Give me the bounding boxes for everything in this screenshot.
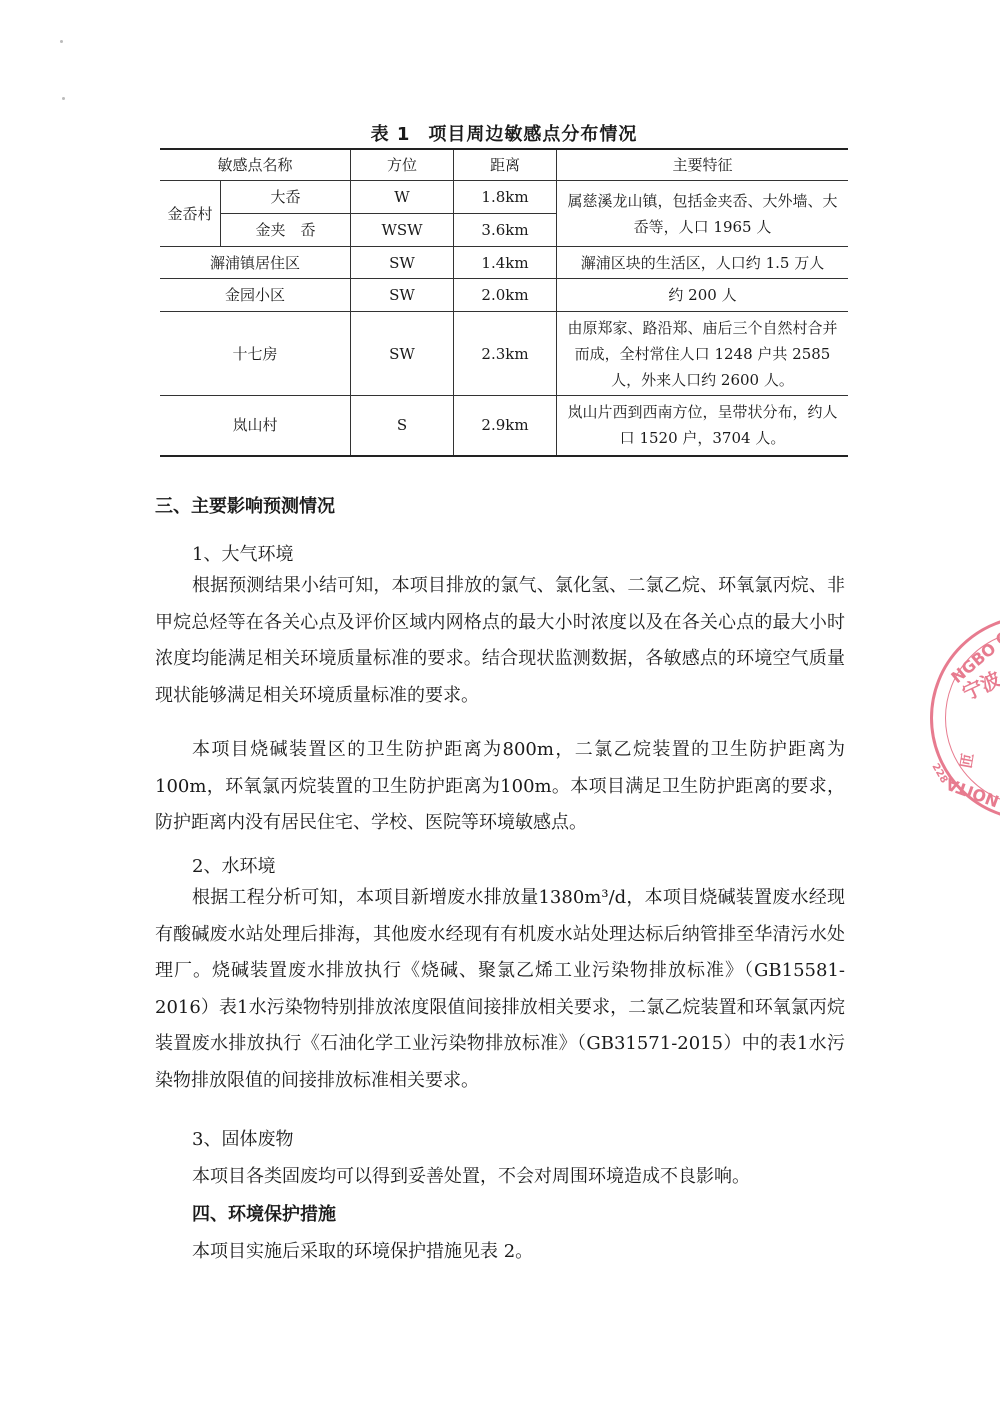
table-header-row: 敏感点名称 方位 距离 主要特征 bbox=[160, 149, 848, 181]
table-row: 金园小区 SW 2.0km 约 200 人 bbox=[160, 279, 848, 312]
distance-cell: 2.0km bbox=[454, 279, 557, 312]
distance-cell: 3.6km bbox=[454, 214, 557, 247]
paragraph-protection-measures: 本项目实施后采取的环境保护措施见表 2。 bbox=[192, 1237, 533, 1263]
direction-cell: SW bbox=[351, 279, 454, 312]
direction-cell: S bbox=[351, 396, 454, 456]
name-cell: 金夹 岙 bbox=[221, 214, 351, 247]
direction-cell: SW bbox=[351, 247, 454, 279]
table-row: 十七房 SW 2.3km 由原郑家、路沿郑、庙后三个自然村合并而成，全村常住人口… bbox=[160, 312, 848, 396]
direction-cell: W bbox=[351, 181, 454, 214]
table-row: 金岙村 大岙 W 1.8km 属慈溪龙山镇，包括金夹岙、大外墙、大岙等，人口 1… bbox=[160, 181, 848, 214]
distance-cell: 2.9km bbox=[454, 396, 557, 456]
direction-cell: WSW bbox=[351, 214, 454, 247]
feature-cell: 属慈溪龙山镇，包括金夹岙、大外墙、大岙等，人口 1965 人 bbox=[557, 181, 849, 247]
header-feature: 主要特征 bbox=[557, 149, 849, 181]
scan-speck bbox=[62, 97, 65, 100]
paragraph-air-quality: 根据预测结果小结可知，本项目排放的氯气、氯化氢、二氯乙烷、环氧氯丙烷、非甲烷总烃… bbox=[155, 568, 845, 714]
name-cell: 岚山村 bbox=[160, 396, 351, 456]
distance-cell: 1.8km bbox=[454, 181, 557, 214]
distance-cell: 1.4km bbox=[454, 247, 557, 279]
table-row: 岚山村 S 2.9km 岚山片西到西南方位，呈带状分布，约人口 1520 户，3… bbox=[160, 396, 848, 456]
section-heading-4: 四、环境保护措施 bbox=[192, 1200, 336, 1226]
feature-cell: 由原郑家、路沿郑、庙后三个自然村合并而成，全村常住人口 1248 户共 2585… bbox=[557, 312, 849, 396]
header-distance: 距离 bbox=[454, 149, 557, 181]
feature-cell: 澥浦区块的生活区，人口约 1.5 万人 bbox=[557, 247, 849, 279]
feature-cell: 岚山片西到西南方位，呈带状分布，约人口 1520 户，3704 人。 bbox=[557, 396, 849, 456]
document-page: 表 1项目周边敏感点分布情况 敏感点名称 方位 距离 主要特征 金岙村 大岙 W… bbox=[0, 0, 1000, 1414]
table-row: 澥浦镇居住区 SW 1.4km 澥浦区块的生活区，人口约 1.5 万人 bbox=[160, 247, 848, 279]
stamp-side-char: 匝 bbox=[955, 751, 978, 769]
table-caption: 表 1项目周边敏感点分布情况 bbox=[160, 120, 848, 146]
name-cell: 金园小区 bbox=[160, 279, 351, 312]
subheading-solid-waste: 3、固体废物 bbox=[192, 1125, 293, 1151]
subheading-air: 1、大气环境 bbox=[192, 540, 293, 566]
paragraph-water: 根据工程分析可知，本项目新增废水排放量1380m³/d，本项目烧碱装置废水经现有… bbox=[155, 880, 845, 1099]
paragraph-solid-waste: 本项目各类固废均可以得到妥善处置，不会对周围环境造成不良影响。 bbox=[192, 1162, 750, 1188]
table-title: 项目周边敏感点分布情况 bbox=[428, 124, 637, 145]
name-cell: 十七房 bbox=[160, 312, 351, 396]
name-cell: 大岙 bbox=[221, 181, 351, 214]
feature-cell: 约 200 人 bbox=[557, 279, 849, 312]
red-seal-stamp: NGBO OCEA 宁波 匝 228 NOITA bbox=[930, 615, 1000, 821]
group-name-cell: 金岙村 bbox=[160, 181, 221, 247]
subheading-water: 2、水环境 bbox=[192, 852, 275, 878]
direction-cell: SW bbox=[351, 312, 454, 396]
distance-cell: 2.3km bbox=[454, 312, 557, 396]
scan-speck bbox=[60, 40, 63, 43]
header-name: 敏感点名称 bbox=[160, 149, 351, 181]
name-cell: 澥浦镇居住区 bbox=[160, 247, 351, 279]
table-number: 表 1 bbox=[371, 124, 411, 145]
sensitive-points-table: 敏感点名称 方位 距离 主要特征 金岙村 大岙 W 1.8km 属慈溪龙山镇，包… bbox=[160, 148, 848, 457]
section-heading-3: 三、主要影响预测情况 bbox=[155, 492, 335, 518]
header-direction: 方位 bbox=[351, 149, 454, 181]
paragraph-protection-distance: 本项目烧碱装置区的卫生防护距离为800m，二氯乙烷装置的卫生防护距离为100m，… bbox=[155, 732, 845, 842]
